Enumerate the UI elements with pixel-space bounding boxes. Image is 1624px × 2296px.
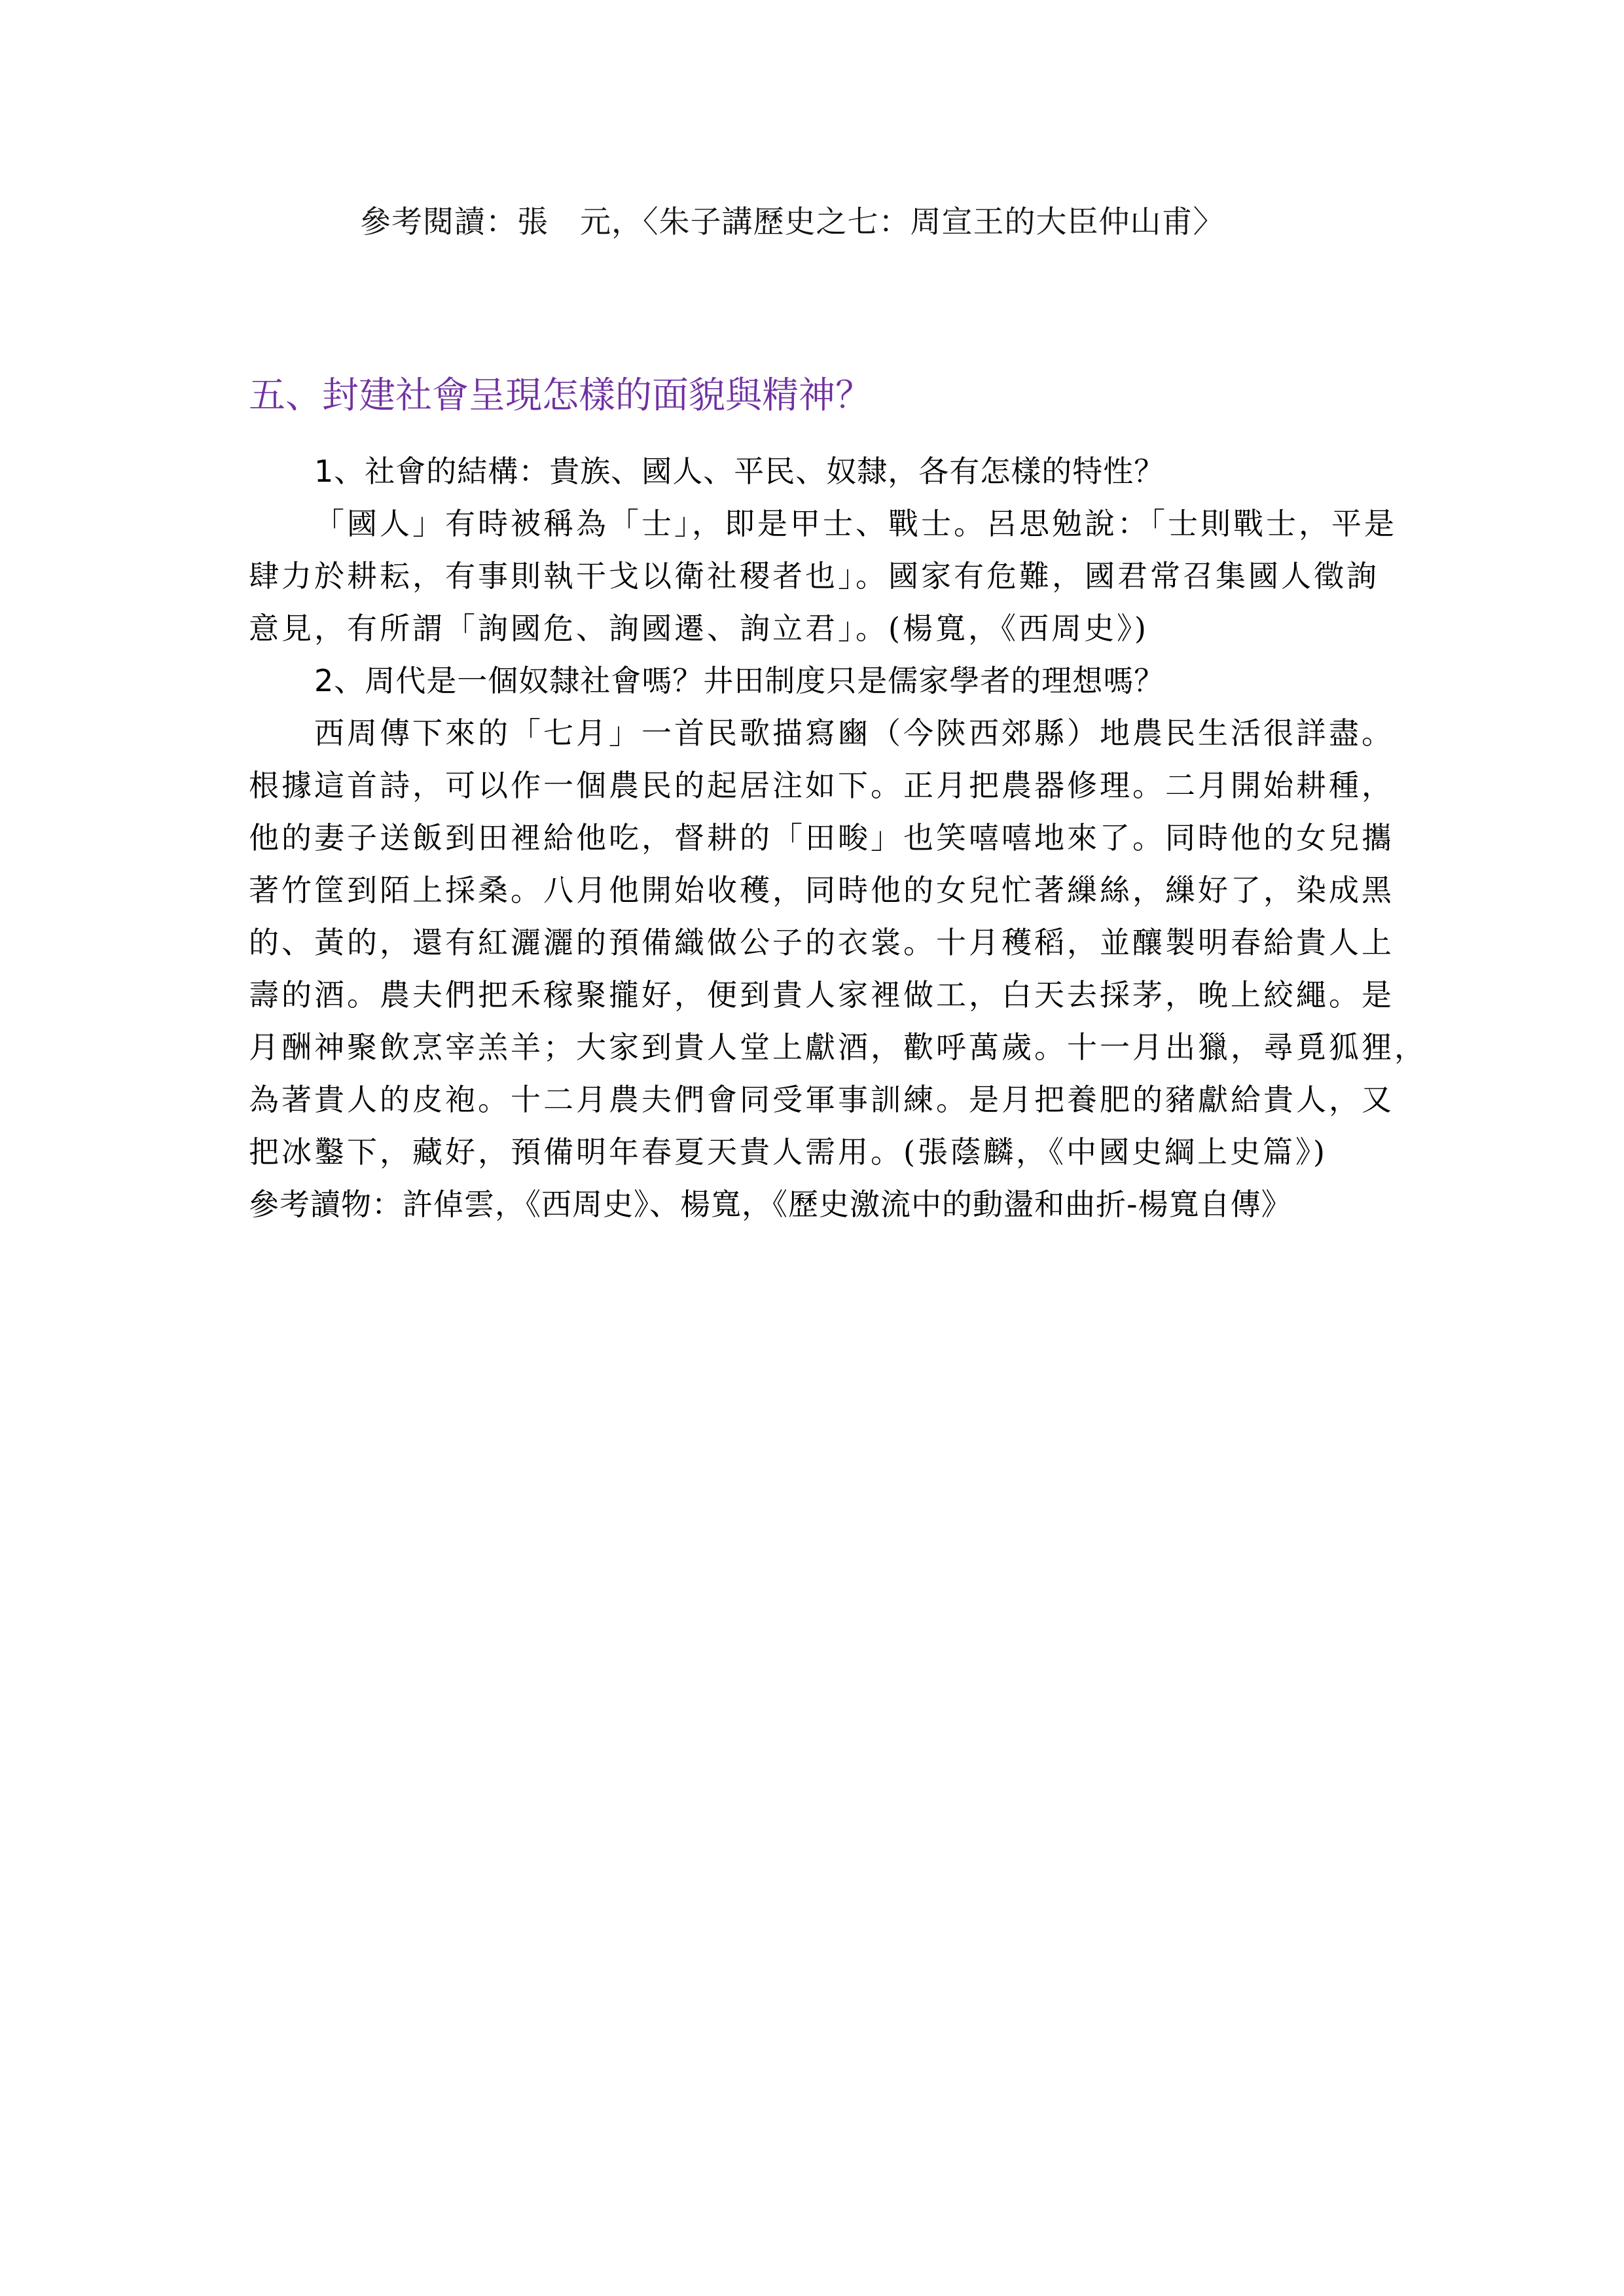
- document-page: 參考閱讀：張 元，〈朱子講歷史之七：周宣王的大臣仲山甫〉 五、封建社會呈現怎樣的…: [0, 0, 1624, 2296]
- reference-reading-top: 參考閱讀：張 元，〈朱子講歷史之七：周宣王的大臣仲山甫〉: [360, 196, 1225, 249]
- quote-2-line: 他的妻子送飯到田裡給他吃，督耕的「田畯」也笑嘻嘻地來了。同時他的女兒攜: [249, 812, 1388, 864]
- quote-2-line: 壽的酒。農夫們把禾稼聚攏好，便到貴人家裡做工，白天去採茅，晚上絞繩。是: [249, 969, 1388, 1021]
- section-heading: 五、封建社會呈現怎樣的面貌與精神？: [249, 367, 872, 425]
- quote-2-line: 把冰鑿下，藏好，預備明年春夏天貴人需用。(張蔭麟，《中國史綱上史篇》): [249, 1126, 1388, 1178]
- question-2: 2、周代是一個奴隸社會嗎？井田制度只是儒家學者的理想嗎？: [249, 655, 1388, 707]
- quote-1-line: 意見，有所謂「詢國危、詢國遷、詢立君」。(楊寬，《西周史》): [249, 602, 1388, 655]
- quote-2-line: 月酬神聚飲烹宰羔羊；大家到貴人堂上獻酒，歡呼萬歲。十一月出獵，尋覓狐狸，: [249, 1021, 1388, 1073]
- quote-1-line: 「國人」有時被稱為「士」，即是甲士、戰士。呂思勉說：「士則戰士，平是: [249, 497, 1388, 550]
- section-body: 1、社會的結構：貴族、國人、平民、奴隸，各有怎樣的特性？ 「國人」有時被稱為「士…: [249, 445, 1388, 1230]
- quote-2-line: 著竹筐到陌上採桑。八月他開始收穫，同時他的女兒忙著繅絲，繅好了，染成黑: [249, 864, 1388, 916]
- quote-2-line: 西周傳下來的「七月」一首民歌描寫豳（今陝西郊縣）地農民生活很詳盡。: [249, 707, 1388, 759]
- question-1: 1、社會的結構：貴族、國人、平民、奴隸，各有怎樣的特性？: [249, 445, 1388, 497]
- quote-2-line: 根據這首詩，可以作一個農民的起居注如下。正月把農器修理。二月開始耕種，: [249, 759, 1388, 812]
- quote-2-line: 的、黃的，還有紅灑灑的預備織做公子的衣裳。十月穫稻，並釀製明春給貴人上: [249, 916, 1388, 969]
- further-reading: 參考讀物：許倬雲，《西周史》、楊寬，《歷史激流中的動盪和曲折-楊寬自傳》: [249, 1178, 1388, 1230]
- quote-2-line: 為著貴人的皮袍。十二月農夫們會同受軍事訓練。是月把養肥的豬獻給貴人，又: [249, 1073, 1388, 1126]
- quote-1-line: 肆力於耕耘，有事則執干戈以衛社稷者也」。國家有危難，國君常召集國人徵詢: [249, 550, 1388, 602]
